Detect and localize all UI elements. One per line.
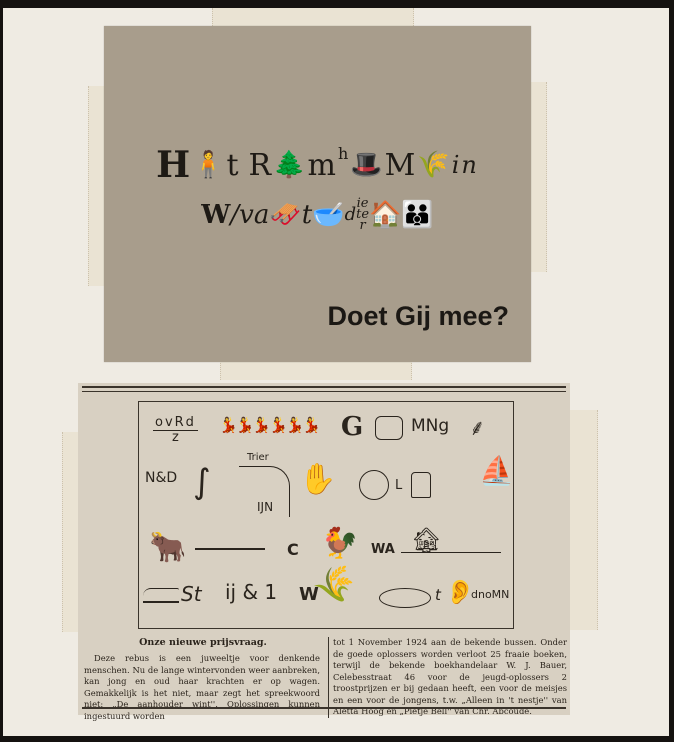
sled-icon: 🛷 bbox=[269, 200, 301, 230]
rebus-slash: / bbox=[230, 200, 239, 230]
tape-strip bbox=[568, 410, 598, 630]
bottom-rule bbox=[82, 707, 566, 709]
dancing-girls-icon: 💃💃💃💃💃💃 bbox=[219, 416, 319, 434]
rebus-letter: h bbox=[338, 144, 350, 163]
family-icon: 👪 bbox=[401, 200, 433, 230]
article-title: Onze nieuwe prijsvraag. bbox=[84, 637, 322, 649]
top-rule bbox=[82, 386, 566, 388]
rebus-letter: d bbox=[345, 204, 357, 225]
hand-squeezing-icon: ✋ bbox=[299, 462, 336, 497]
sled-icon bbox=[143, 588, 179, 603]
jug-icon bbox=[375, 416, 403, 440]
bowl-icon: 🥣 bbox=[312, 200, 344, 230]
newspaper-clipping: ovRd z 💃💃💃💃💃💃 G MNg ⸙ N&D ∫ Trier IJN ✋ … bbox=[78, 383, 570, 715]
sailboats-icon: ⛵ bbox=[479, 454, 514, 487]
rebus-card: H🧍tR🌲mh🎩M🌾in W/va🛷t🥣dieter🏠👪 Doet Gij me… bbox=[104, 26, 531, 362]
weight-icon bbox=[411, 472, 431, 498]
fraction-denominator: z bbox=[153, 431, 198, 445]
horizon-line bbox=[401, 552, 501, 553]
rebus-letter: in bbox=[452, 151, 479, 179]
plough-icon bbox=[195, 548, 265, 550]
top-hat-icon: 🎩 bbox=[350, 150, 384, 180]
rebus-letter: t bbox=[302, 200, 312, 230]
rebus-letter: H bbox=[156, 144, 192, 186]
stacked-letters: ieter bbox=[356, 198, 369, 231]
fraction: ovRd z bbox=[153, 416, 198, 445]
rebus-letter: L bbox=[395, 478, 402, 493]
article-column-1: Deze rebus is een juweeltje voor denkend… bbox=[84, 653, 320, 722]
rebus-text: dnoMN bbox=[471, 588, 509, 601]
rebus-letter: m bbox=[308, 148, 338, 183]
house-icon: 🏠 bbox=[369, 200, 401, 230]
rebus-line-1: H🧍tR🌲mh🎩M🌾in bbox=[104, 144, 531, 186]
rebus-letter: R bbox=[249, 148, 274, 183]
map-label: Trier bbox=[247, 452, 269, 463]
rebus-letter: G bbox=[341, 412, 363, 442]
pine-tree-icon: 🌲 bbox=[273, 150, 307, 180]
rooster-icon: 🐓 bbox=[321, 526, 358, 561]
rebus-text: ij & 1 bbox=[225, 580, 277, 604]
rebus-letter: W bbox=[201, 200, 230, 230]
ox-and-plough-icon: 🐂 bbox=[149, 530, 186, 565]
fraction-numerator: ovRd bbox=[153, 416, 198, 431]
tape-strip bbox=[212, 8, 414, 28]
call-to-action: Doet Gij mee? bbox=[327, 301, 509, 332]
rebus-letter: M bbox=[385, 148, 418, 183]
broom-icon: ⸙ bbox=[469, 412, 486, 442]
article: Onze nieuwe prijsvraag. Deze rebus is ee… bbox=[84, 637, 564, 649]
top-rule bbox=[82, 391, 566, 392]
rebus-letter: va bbox=[239, 200, 269, 230]
rebus-text: MNg bbox=[411, 416, 449, 436]
rebus-text: WA bbox=[371, 542, 395, 557]
rebus-puzzle: ovRd z 💃💃💃💃💃💃 G MNg ⸙ N&D ∫ Trier IJN ✋ … bbox=[138, 401, 514, 629]
rebus-line-2: W/va🛷t🥣dieter🏠👪 bbox=[104, 198, 531, 231]
feather-icon: 🌾 bbox=[417, 150, 451, 180]
farm-landscape-icon: 🏚 bbox=[411, 526, 441, 554]
rebus-letter: C bbox=[287, 540, 299, 559]
rebus-letter: t bbox=[435, 586, 441, 604]
rebus-text: St bbox=[181, 582, 202, 606]
rope-loop-icon bbox=[379, 588, 431, 608]
man-figure-icon: 🧍 bbox=[192, 150, 226, 180]
eel-icon: ∫ bbox=[193, 462, 211, 502]
wheat-ear-icon: 🌾 bbox=[308, 558, 365, 614]
rebus-letter: t bbox=[226, 148, 240, 183]
clock-icon bbox=[359, 470, 389, 500]
map-label: IJN bbox=[257, 500, 273, 514]
rebus-text: N&D bbox=[145, 470, 177, 486]
article-column-2: tot 1 November 1924 aan de bekende busse… bbox=[328, 637, 567, 718]
